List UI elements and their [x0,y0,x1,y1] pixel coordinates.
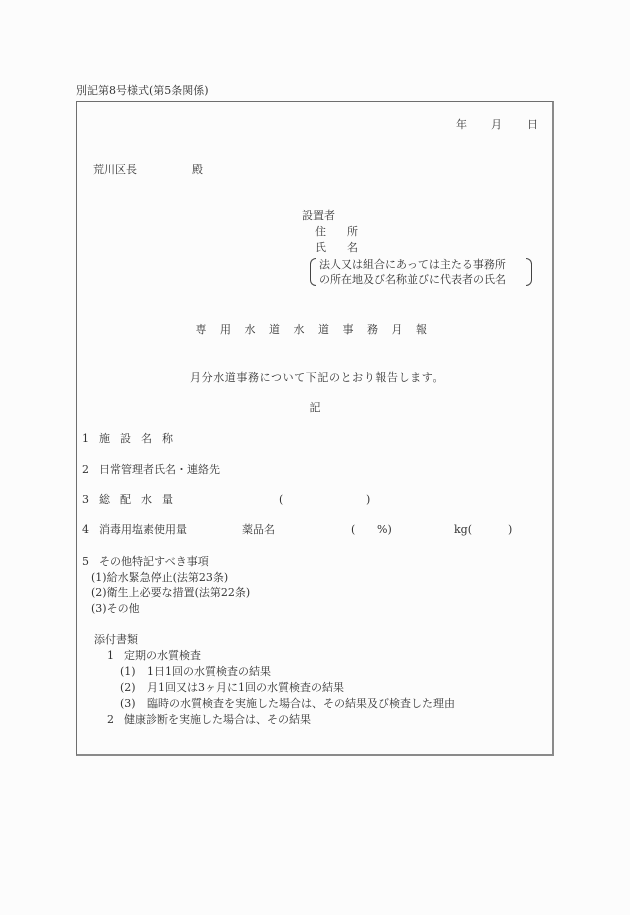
ki-heading: 記 [0,401,630,415]
applicant-heading: 設置者 [302,209,335,223]
item-number: 3 [82,493,89,507]
kg-close-paren: ) [508,523,512,537]
attachment-label: 定期の水質検査 [124,649,201,663]
percent-open-paren: ( [351,523,355,537]
open-paren: ( [279,493,283,507]
name-label-char-1: 氏 [315,241,326,255]
sub-number: (3) [120,697,136,711]
name-label-char-2: 名 [347,241,358,255]
address-label-char-2: 所 [347,225,358,239]
item-label: 施設名称 [99,432,183,446]
document-title: 専用水道水道事務月報 [0,323,630,337]
left-bracket-icon [310,258,316,286]
item-label: 日常管理者氏名・連絡先 [99,463,220,477]
attachment-number: 2 [107,713,114,727]
other-item-2: (2)衛生上必要な措置(法第22条) [91,586,250,600]
item-number: 5 [82,555,89,569]
item-number: 2 [82,463,89,477]
sub-label: 1日1回の水質検査の結果 [147,665,271,679]
date-day-label: 日 [527,118,538,132]
addressee-honorific: 殿 [192,163,203,177]
applicant-note: 法人又は組合にあっては主たる事務所 の所在地及び名称並びに代表者の氏名 [310,257,532,288]
addressee-name: 荒川区長 [93,163,137,176]
percent-close: %) [377,523,392,537]
addressee: 荒川区長 殿 [93,163,137,177]
right-bracket-icon [526,258,532,286]
date-month-label: 月 [491,118,502,132]
other-item-1: (1)給水緊急停止(法第23条) [91,571,228,585]
sub-label: 臨時の水質検査を実施した場合は、その結果及び検査した理由 [147,697,455,711]
attachment-label: 健康診断を実施した場合は、その結果 [124,713,311,727]
other-item-3: (3)その他 [91,602,140,616]
applicant-note-line-2: の所在地及び名称並びに代表者の氏名 [319,273,506,287]
sub-number: (1) [120,665,136,679]
attachment-number: 1 [107,649,114,663]
applicant-note-line-1: 法人又は組合にあっては主たる事務所 [319,258,506,272]
form-number: 別記第8号様式(第5条関係) [76,84,209,98]
item-number: 1 [82,432,89,446]
date-year-label: 年 [456,118,467,132]
address-label-char-1: 住 [315,225,326,239]
attachments-heading: 添付書類 [94,633,138,647]
close-paren: ) [366,493,370,507]
item-label: 総配水量 [99,493,183,507]
chemical-name-label: 薬品名 [242,523,275,537]
sub-number: (2) [120,681,136,695]
item-label: その他特記すべき事項 [99,555,209,569]
item-number: 4 [82,523,89,537]
item-label: 消毒用塩素使用量 [99,523,187,537]
intro-text: 月分水道事務について下記のとおり報告します。 [190,371,444,385]
kg-label: kg( [454,523,472,537]
sub-label: 月1回又は3ヶ月に1回の水質検査の結果 [147,681,344,695]
